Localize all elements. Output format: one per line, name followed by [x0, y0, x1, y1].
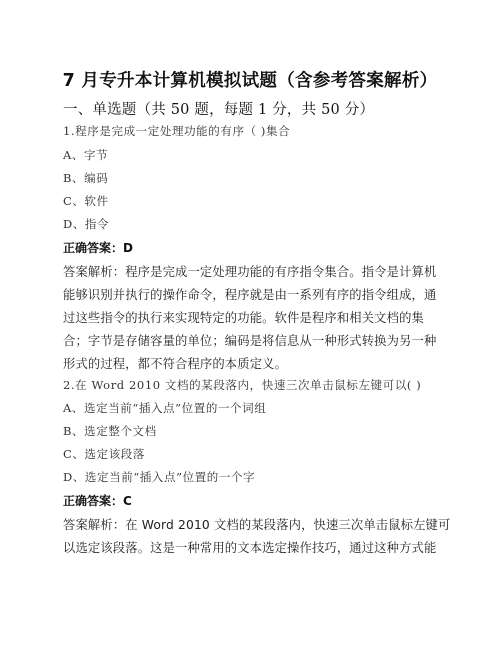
question-2-answer: 正确答案：C — [63, 492, 132, 509]
question-2-option-b: B、选定整个文档 — [63, 423, 157, 439]
question-1-option-a: A、字节 — [63, 147, 108, 163]
question-1-explanation-line: 能够识别并执行的操作命令，程序就是由一系列有序的指令组成，通 — [63, 285, 436, 303]
question-1-explanation-line: 答案解析：程序是完成一定处理功能的有序指令集合。指令是计算机 — [63, 262, 436, 280]
section-heading: 一、单选题（共 50 题，每题 1 分，共 50 分） — [63, 98, 374, 119]
question-1-explanation-line: 过这些指令的执行来实现特定的功能。软件是程序和相关文档的集 — [63, 308, 424, 326]
question-2-stem: 2.在 Word 2010 文档的某段落内，快速三次单击鼠标左键可以( ) — [63, 377, 421, 393]
question-1-option-b: B、编码 — [63, 170, 108, 186]
question-1-option-d: D、指令 — [63, 216, 109, 232]
question-2-option-a: A、选定当前“插入点”位置的一个词组 — [63, 400, 266, 416]
document-page: 7 月专升本计算机模拟试题（含参考答案解析） 一、单选题（共 50 题，每题 1… — [0, 0, 500, 647]
question-1-explanation-line: 合；字节是存储容量的单位；编码是将信息从一种形式转换为另一种 — [63, 331, 436, 349]
question-2-option-d: D、选定当前“插入点”位置的一个字 — [63, 469, 255, 485]
question-1-option-c: C、软件 — [63, 193, 109, 209]
document-title: 7 月专升本计算机模拟试题（含参考答案解析） — [0, 67, 500, 92]
question-2-option-c: C、选定该段落 — [63, 446, 145, 462]
question-2-explanation-line: 答案解析：在 Word 2010 文档的某段落内，快速三次单击鼠标左键可 — [63, 515, 450, 533]
question-1-answer: 正确答案：D — [63, 239, 133, 256]
question-1-stem: 1.程序是完成一定处理功能的有序（ )集合 — [63, 123, 290, 139]
question-1-explanation-line: 形式的过程，都不符合程序的本质定义。 — [63, 354, 287, 372]
question-2-explanation-line: 以选定该段落。这是一种常用的文本选定操作技巧，通过这种方式能 — [63, 538, 436, 556]
